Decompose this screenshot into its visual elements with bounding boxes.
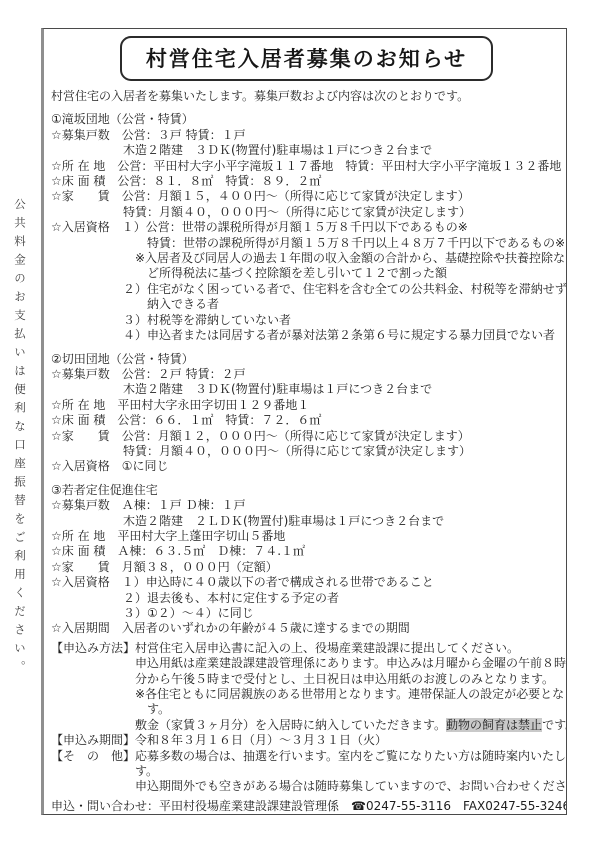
- intro-text: 村営住宅の入居者を募集いたします。募集戸数および内容は次のとおりです。: [51, 89, 562, 104]
- text-line: 納入できる者: [51, 297, 562, 312]
- text-line: ☆床 面 積 公営：６６．１㎡ 特賃：７２．６㎡: [51, 413, 562, 428]
- text-line: ☆家 賃 公営：月額１２，０００円～（所得に応じて家賃が決定します）: [51, 429, 562, 444]
- other-info-line: す。: [51, 764, 562, 779]
- text-line: 木造２階建 ２ＬＤＫ(物置付)駐車場は１戸につき２台まで: [51, 514, 562, 529]
- section-takisaka-danchi: ①滝坂団地（公営・特賃） ☆募集戸数 公営：３戸 特賃：１戸 木造２階建 ３ＤＫ…: [51, 112, 562, 343]
- text-line: ☆家 賃 月額３８，０００円（定額）: [51, 560, 562, 575]
- notice-border-box: 村営住宅入居者募集のお知らせ 村営住宅の入居者を募集いたします。募集戸数および内…: [41, 28, 567, 815]
- text-line: ☆所 在 地 平田村大字上蓬田字切山５番地: [51, 529, 562, 544]
- text-line: ☆募集戸数 公営：３戸 特賃：１戸: [51, 128, 562, 143]
- other-info-line: 申込期間外でも空きがある場合は随時募集していますので、お問い合わせください。: [51, 779, 562, 794]
- text-line: ☆所 在 地 公営：平田村大字小平字滝坂１１７番地 特賃：平田村大字小平字滝坂１…: [51, 159, 562, 174]
- margin-vertical-note: 公共料金のお支払いは便利な口座振替をご利用ください。: [12, 198, 28, 679]
- text-line: ３）①２）～４）に同じ: [51, 606, 562, 621]
- text-line: 特賃：月額４０，０００円～（所得に応じて家賃が決定します）: [51, 205, 562, 220]
- contact-line: 申込・問い合わせ：平田村役場産業建設課建設管理係 ☎0247-55-3116 F…: [51, 799, 562, 814]
- application-method-line: ※各住宅ともに同居親族のある世帯用となります。連帯保証人の設定が必要となりま: [51, 687, 562, 702]
- text-line: ３）村税等を滞納していない者: [51, 313, 562, 328]
- no-pets-highlight: 動物の飼育は禁止: [446, 718, 542, 732]
- text-line: ☆床 面 積 公営：８１．８㎡ 特賃：８９．２㎡: [51, 174, 562, 189]
- application-method-line: 申込用紙は産業建設課建設管理係にあります。申込みは月曜から金曜の午前８時３０: [51, 656, 562, 671]
- text-line: ☆募集戸数 Ａ棟：１戸 Ｄ棟：１戸: [51, 498, 562, 513]
- application-method-line: す。: [51, 702, 562, 717]
- other-info-line: 【そ の 他】応募多数の場合は、抽選を行います。室内をご覧になりたい方は随時案内…: [51, 749, 562, 764]
- deposit-text-suffix: です。: [542, 718, 567, 732]
- text-line: ２）住宅がなく困っている者で、住宅料を含む全ての公共料金、村税等を滞納せずに: [51, 282, 562, 297]
- page-title: 村営住宅入居者募集のお知らせ: [146, 47, 467, 71]
- text-line: ※入居者及び同居人の過去１年間の収入金額の合計から、基礎控除や扶養控除な: [51, 251, 562, 266]
- text-line: 特賃：月額４０，０００円～（所得に応じて家賃が決定します）: [51, 444, 562, 459]
- application-info: 【申込み方法】村営住宅入居申込書に記入の上、役場産業建設課に提出してください。 …: [51, 641, 562, 795]
- notice-title-box: 村営住宅入居者募集のお知らせ: [120, 36, 493, 81]
- text-line: ☆入居資格 ①に同じ: [51, 459, 562, 474]
- text-line: ど所得税法に基づく控除額を差し引いて１２で割った額: [51, 266, 562, 281]
- text-line: ☆募集戸数 公営：２戸 特賃：２戸: [51, 367, 562, 382]
- text-line: ☆所 在 地 平田村大字永田字切田１２９番地１: [51, 398, 562, 413]
- text-line: ☆家 賃 公営：月額１５，４００円～（所得に応じて家賃が決定します）: [51, 189, 562, 204]
- section-heading: ②切田団地（公営・特賃）: [51, 352, 562, 367]
- section-kirita-danchi: ②切田団地（公営・特賃） ☆募集戸数 公営：２戸 特賃：２戸 木造２階建 ３ＤＫ…: [51, 352, 562, 475]
- section-youth-housing: ③若者定住促進住宅 ☆募集戸数 Ａ棟：１戸 Ｄ棟：１戸 木造２階建 ２ＬＤＫ(物…: [51, 483, 562, 637]
- section-heading: ①滝坂団地（公営・特賃）: [51, 112, 562, 127]
- text-line: ２）退去後も、本村に定住する予定の者: [51, 591, 562, 606]
- text-line: ４）申込者または同居する者が暴対法第２条第６号に規定する暴力団員でない者: [51, 328, 562, 343]
- text-line: ☆入居期間 入居者のいずれかの年齢が４５歳に達するまでの期間: [51, 621, 562, 636]
- text-line: ☆床 面 積 Ａ棟：６３.５㎡ Ｄ棟：７４.１㎡: [51, 544, 562, 559]
- text-line: 木造２階建 ３ＤＫ(物置付)駐車場は１戸につき２台まで: [51, 143, 562, 158]
- text-line: 特賃：世帯の課税所得が月額１５万８千円以上４８万７千円以下であるもの※: [51, 236, 562, 251]
- deposit-line: 敷金（家賃３ヶ月分）を入居時に納入していただきます。動物の飼育は禁止です。: [51, 718, 562, 733]
- text-line: 木造２階建 ３ＤＫ(物置付)駐車場は１戸につき２台まで: [51, 382, 562, 397]
- application-period-line: 【申込み期間】令和８年３月１６日（月）～３月３１日（火）: [51, 733, 562, 748]
- application-method-line: 分から午後５時まで受付とし、土日祝日は申込用紙のお渡しのみとなります。: [51, 672, 562, 687]
- deposit-text: 敷金（家賃３ヶ月分）を入居時に納入していただきます。: [51, 718, 446, 732]
- application-method-line: 【申込み方法】村営住宅入居申込書に記入の上、役場産業建設課に提出してください。: [51, 641, 562, 656]
- text-line: ☆入居資格 １）公営：世帯の課税所得が月額１５万８千円以下であるもの※: [51, 220, 562, 235]
- text-line: ☆入居資格 １）申込時に４０歳以下の者で構成される世帯であること: [51, 575, 562, 590]
- section-heading: ③若者定住促進住宅: [51, 483, 562, 498]
